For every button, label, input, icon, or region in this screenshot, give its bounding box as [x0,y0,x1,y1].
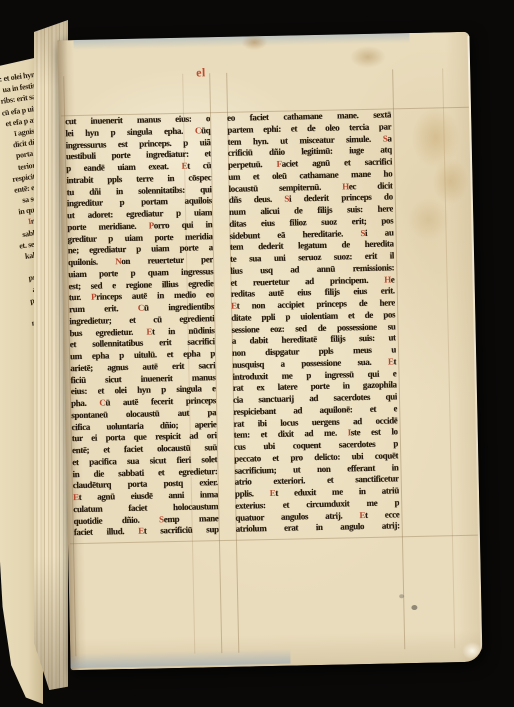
stain [432,158,469,205]
stain [407,198,450,241]
text-column-left: cut inuenerit manus eius: olei hyn p sin… [65,113,219,539]
stain [241,34,267,51]
text-line: faciet illud. Et sacrificiū sup [74,524,219,539]
corner-curl-highlight [446,628,483,661]
bottom-edge-blue-tint [70,649,290,669]
stain [350,46,386,69]
text-column-right: eo faciet cathamane mane. sextāpartem ep… [227,109,400,535]
page-edge-highlight [467,36,482,650]
manuscript-page: el cut inuenerit manus eius: olei hyn p … [57,32,482,670]
running-head: el [196,65,206,80]
text-line: atriolum erat in angulo atrij: [236,521,400,536]
speck [411,605,417,610]
photo-backdrop: t: et olei hyn pua in festis etribs: eri… [0,0,514,707]
